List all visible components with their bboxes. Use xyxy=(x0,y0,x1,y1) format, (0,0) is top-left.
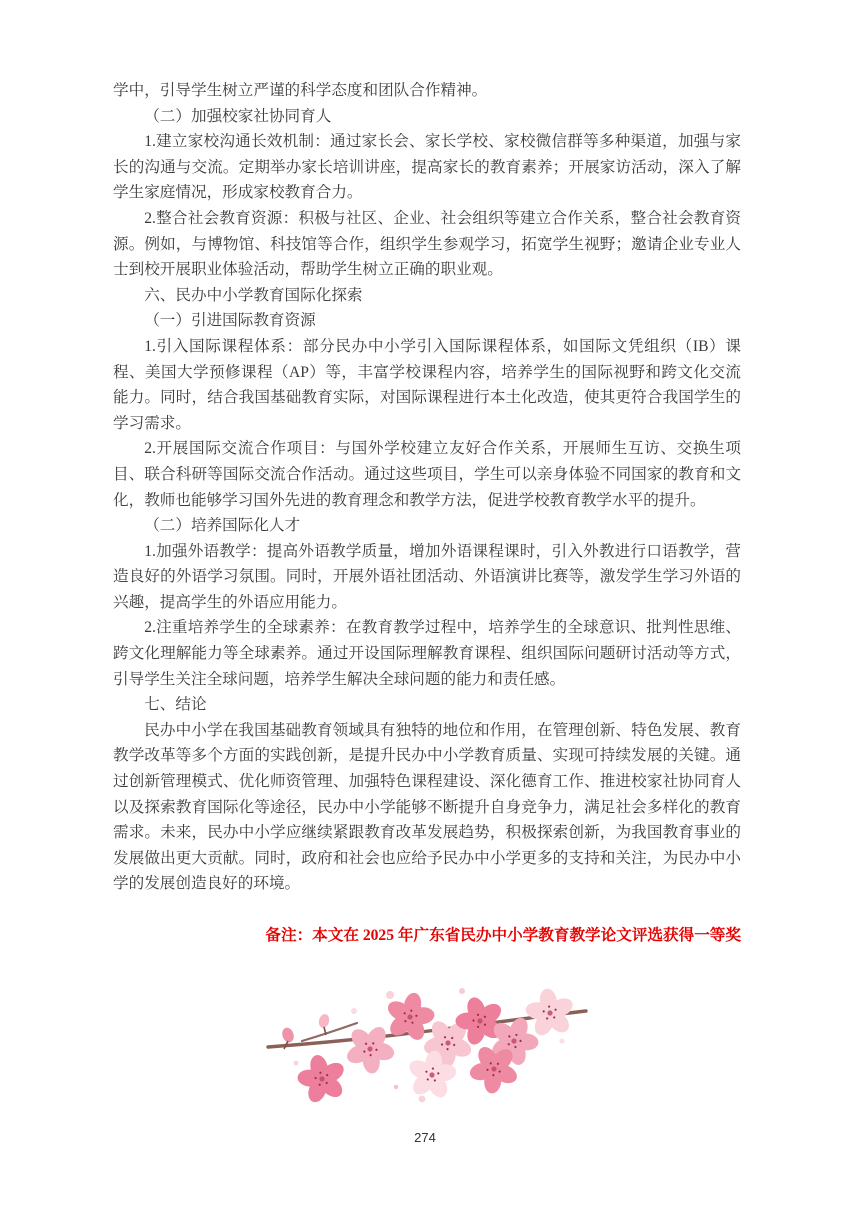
paragraph: （一）引进国际教育资源 xyxy=(113,308,741,334)
document-body: 学中，引导学生树立严谨的科学态度和团队合作精神。（二）加强校家社协同育人1.建立… xyxy=(113,78,741,897)
paragraph: 七、结论 xyxy=(113,692,741,718)
paragraph: 2.开展国际交流合作项目：与国外学校建立友好合作关系，开展师生互访、交换生项目、… xyxy=(113,436,741,513)
paragraph: （二）培养国际化人才 xyxy=(113,513,741,539)
paragraph: 学中，引导学生树立严谨的科学态度和团队合作精神。 xyxy=(113,78,741,104)
paragraph: 2.注重培养学生的全球素养：在教育教学过程中，培养学生的全球意识、批判性思维、跨… xyxy=(113,615,741,692)
document-page: 学中，引导学生树立严谨的科学态度和团队合作精神。（二）加强校家社协同育人1.建立… xyxy=(0,0,850,1205)
paragraph: （二）加强校家社协同育人 xyxy=(113,104,741,130)
paragraph: 民办中小学在我国基础教育领域具有独特的地位和作用，在管理创新、特色发展、教育教学… xyxy=(113,718,741,897)
cherry-blossom-illustration xyxy=(262,983,592,1109)
paragraph: 1.建立家校沟通长效机制：通过家长会、家长学校、家校微信群等多种渠道，加强与家长… xyxy=(113,129,741,206)
paragraph: 1.引入国际课程体系：部分民办中小学引入国际课程体系，如国际文凭组织（IB）课程… xyxy=(113,334,741,436)
illustration-container xyxy=(113,983,741,1114)
paragraph: 1.加强外语教学：提高外语教学质量，增加外语课程课时，引入外教进行口语教学，营造… xyxy=(113,539,741,616)
award-note: 备注：本文在 2025 年广东省民办中小学教育教学论文评选获得一等奖 xyxy=(113,923,741,949)
paragraph: 六、民办中小学教育国际化探索 xyxy=(113,283,741,309)
page-number: 274 xyxy=(0,1130,850,1145)
document-content: 学中，引导学生树立严谨的科学态度和团队合作精神。（二）加强校家社协同育人1.建立… xyxy=(113,78,741,1114)
paragraph: 2.整合社会教育资源：积极与社区、企业、社会组织等建立合作关系，整合社会教育资源… xyxy=(113,206,741,283)
